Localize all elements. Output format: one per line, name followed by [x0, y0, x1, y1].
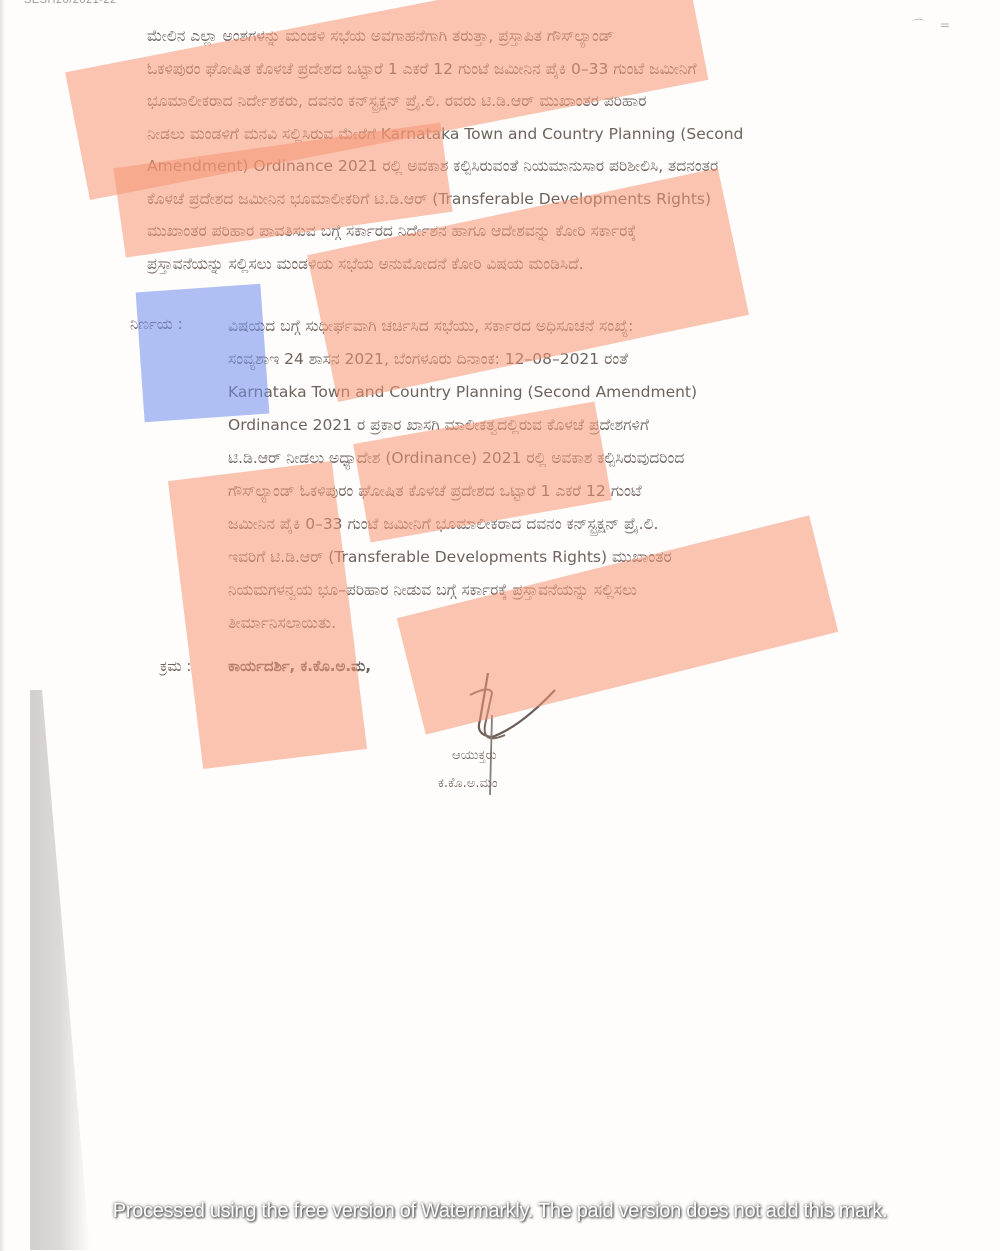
- intro-paragraph: ಮೇಲಿನ ಎಲ್ಲಾ ಅಂಶಗಳನ್ನು ಮಂಡಳಿ ಸಭೆಯ ಅವಗಾಹನೆ…: [87, 20, 832, 280]
- page-fold-shadow: [30, 690, 90, 1250]
- intro-line: ಓಕಳಿಪುರಂ ಘೋಷಿತ ಕೊಳಚೆ ಪ್ರದೇಶದ ಒಟ್ಟಾರೆ 1 ಎ…: [87, 53, 832, 86]
- intro-line: ಮುಖಾಂತರ ಪರಿಹಾರ ಪಾವತಿಸುವ ಬಗ್ಗೆ ಸರ್ಕಾರದ ನಿ…: [87, 215, 832, 248]
- decision-line: ಇವರಿಗೆ ಟಿ.ಡಿ.ಆರ್ (Transferable Developme…: [228, 541, 848, 574]
- intro-line: ಭೂಮಾಲೀಕರಾದ ನಿರ್ದೇಶಕರು, ದವನಂ ಕನ್‌ಸ್ಟ್ರಕ್ಷ…: [87, 85, 832, 118]
- signature-title: ಆಯುಕ್ತರು: [452, 748, 497, 763]
- action-assignee: ಕಾರ್ಯದರ್ಶಿ, ಕ.ಕೊ.ಅ.ಮ,: [228, 657, 371, 675]
- decision-line: ತೀರ್ಮಾನಿಸಲಾಯಿತು.: [228, 607, 848, 640]
- watermark: Processed using the free version of Wate…: [0, 1200, 1000, 1223]
- page-edge-shadow: [0, 0, 5, 1251]
- decision-paragraph: ವಿಷಯದ ಬಗ್ಗೆ ಸುಧೀರ್ಘವಾಗಿ ಚರ್ಚಿಸಿದ ಸಭೆಯು, …: [228, 310, 848, 640]
- document-page: SESH20/2021-22 ⌒ = ಮೇಲಿನ ಎಲ್ಲಾ ಅಂಶಗಳನ್ನು…: [0, 0, 1000, 1251]
- intro-line: ಮೇಲಿನ ಎಲ್ಲಾ ಅಂಶಗಳನ್ನು ಮಂಡಳಿ ಸಭೆಯ ಅವಗಾಹನೆ…: [87, 20, 832, 53]
- decision-line: Karnataka Town and Country Planning (Sec…: [228, 376, 848, 409]
- signature-org: ಕ.ಕೊ.ಅ.ಮಂ: [438, 776, 498, 791]
- intro-line: ನೀಡಲು ಮಂಡಳಿಗೆ ಮನವಿ ಸಲ್ಲಿಸಿರುವ ಮೇರೆಗೆ Kar…: [87, 118, 832, 151]
- decision-line: ವಿಷಯದ ಬಗ್ಗೆ ಸುಧೀರ್ಘವಾಗಿ ಚರ್ಚಿಸಿದ ಸಭೆಯು, …: [228, 310, 848, 343]
- decision-line: ಜಮೀನಿನ ಪೈಕಿ 0–33 ಗುಂಟೆ ಜಮೀನಿಗೆ ಭೂಮಾಲೀಕರಾ…: [228, 508, 848, 541]
- decision-line: ಗೌಸ್‌ಲ್ಯಾಂಡ್ ಓಕಳಿಪುರಂ ಘೋಷಿತ ಕೊಳಚೆ ಪ್ರದೇಶ…: [228, 475, 848, 508]
- decision-line: ಟಿ.ಡಿ.ಆರ್ ನೀಡಲು ಅಧ್ಯಾದೇಶ (Ordinance) 202…: [228, 442, 848, 475]
- intro-line: ಕೊಳಚೆ ಪ್ರದೇಶದ ಜಮೀನಿನ ಭೂಮಾಲೀಕರಿಗೆ ಟಿ.ಡಿ.ಆ…: [87, 183, 832, 216]
- margin-mark: ⌒ =: [913, 16, 950, 33]
- intro-line: ಪ್ರಸ್ತಾವನೆಯನ್ನು ಸಲ್ಲಿಸಲು ಮಂಡಳಿಯ ಸಭೆಯ ಅನು…: [87, 248, 832, 281]
- decision-line: Ordinance 2021 ರ ಪ್ರಕಾರ ಖಾಸಗಿ ಮಾಲೀಕತ್ವದಲ…: [228, 409, 848, 442]
- intro-line: Amendment) Ordinance 2021 ರಲ್ಲಿ ಅವಕಾಶ ಕಲ…: [87, 150, 832, 183]
- decision-label: ನಿರ್ಣಯ :: [130, 315, 183, 333]
- decision-line: ಸಂವ್ಯಶಾಇ 24 ಶಾಸನ 2021, ಬೆಂಗಳೂರು ದಿನಾಂಕ: …: [228, 343, 848, 376]
- action-label: ಕ್ರಮ :: [160, 657, 191, 675]
- decision-line: ನಿಯಮಗಳನ್ವಯ ಭೂ–ಪರಿಹಾರ ನೀಡುವ ಬಗ್ಗೆ ಸರ್ಕಾರಕ…: [228, 574, 848, 607]
- corner-stamp: SESH20/2021-22: [24, 0, 117, 6]
